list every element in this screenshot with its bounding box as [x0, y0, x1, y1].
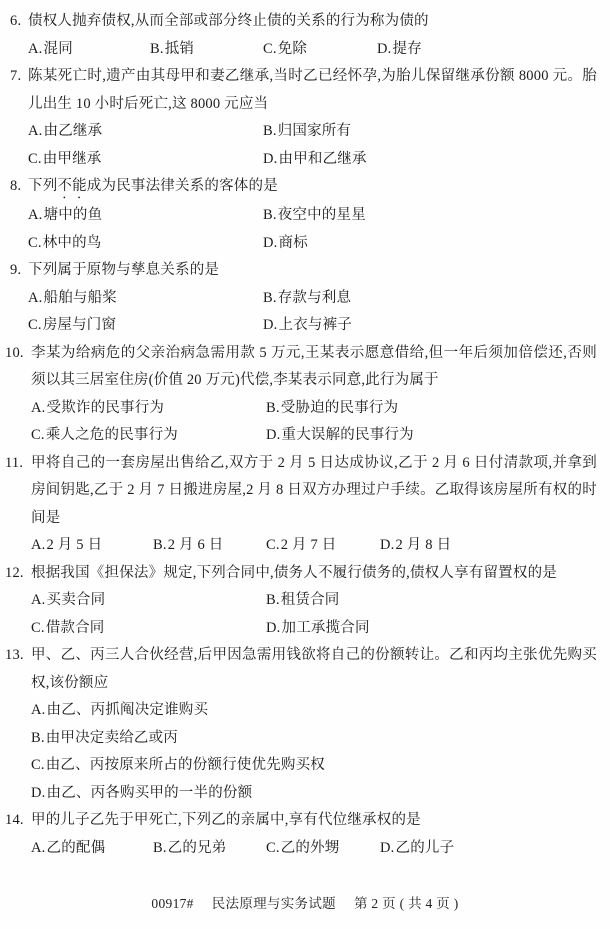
option-list: A.混同B.抵销C.免除D.提存 [28, 36, 597, 64]
question-stem: 李某为给病危的父亲治病急需用款 5 万元,王某表示愿意借给,但一年后须加倍偿还,… [31, 345, 597, 389]
stem-text: 甲、乙、丙三人合伙经营,后甲因急需用钱欲将自己的份额转让。乙和丙均主张优先购买权… [31, 647, 597, 691]
question-stem-line: 11. 甲将自己的一套房屋出售给乙,双方于 2 月 5 日达成协议,乙于 2 月… [31, 450, 597, 533]
question: 13. 甲、乙、丙三人合伙经营,后甲因急需用钱欲将自己的份额转让。乙和丙均主张优… [0, 642, 597, 807]
option-b: B.归国家所有 [263, 118, 597, 146]
option-text: 乘人之危的民事行为 [46, 427, 178, 443]
option-a: A.受欺诈的民事行为 [31, 395, 266, 423]
option-d: D.由乙、丙各购买甲的一半的份额 [31, 780, 597, 808]
question: 11. 甲将自己的一套房屋出售给乙,双方于 2 月 5 日达成协议,乙于 2 月… [0, 450, 597, 560]
option-c: C.乙的外甥 [266, 835, 380, 863]
question-stem: 甲将自己的一套房屋出售给乙,双方于 2 月 5 日达成协议,乙于 2 月 6 日… [31, 455, 597, 526]
option-d: D.商标 [263, 230, 597, 258]
question-stem: 下列不能成为民事法律关系的客体的是 [28, 178, 278, 194]
question-list: 6. 债权人抛弃债权,从而全部或部分终止债的关系的行为称为债的 A.混同B.抵销… [0, 0, 610, 862]
option-label: A. [28, 41, 43, 57]
option-a: A.乙的配偶 [31, 835, 153, 863]
option-b: B.受胁迫的民事行为 [266, 395, 597, 423]
option-label: A. [31, 537, 46, 553]
option-text: 房屋与门窗 [43, 317, 117, 333]
option-b: B.乙的兄弟 [153, 835, 266, 863]
question-stem-line: 9. 下列属于原物与孳息关系的是 [28, 257, 597, 285]
option-label: D. [31, 785, 46, 801]
option-label: D. [263, 151, 278, 167]
option-list: A.2 月 5 日B.2 月 6 日C.2 月 7 日D.2 月 8 日 [31, 532, 597, 560]
stem-text: 债权人抛弃债权,从而全部或部分终止债的关系的行为称为债的 [28, 13, 429, 29]
option-label: B. [153, 840, 167, 856]
option-d: D.加工承揽合同 [266, 615, 597, 643]
option-label: B. [263, 207, 277, 223]
question-number: 10. [5, 340, 24, 368]
option-label: D. [377, 41, 392, 57]
option-text: 由乙、丙按原来所占的份额行使优先购买权 [46, 757, 325, 773]
page-number: 第 2 页 ( 共 4 页 ) [354, 896, 459, 911]
exam-title: 民法原理与实务试题 [212, 896, 336, 911]
stem-text: 陈某死亡时,遗产由其母甲和妻乙继承,当时乙已经怀孕,为胎儿保留继承份额 8000… [28, 68, 597, 112]
option-text: 混同 [44, 41, 73, 57]
question-stem: 债权人抛弃债权,从而全部或部分终止债的关系的行为称为债的 [28, 13, 429, 29]
option-label: D. [380, 840, 395, 856]
page-footer: 00917#民法原理与实务试题第 2 页 ( 共 4 页 ) [0, 892, 610, 912]
question-number: 14. [5, 807, 24, 835]
question-stem-line: 7. 陈某死亡时,遗产由其母甲和妻乙继承,当时乙已经怀孕,为胎儿保留继承份额 8… [28, 63, 597, 118]
option-label: C. [31, 757, 45, 773]
option-text: 受胁迫的民事行为 [281, 400, 399, 416]
option-label: C. [28, 151, 42, 167]
question: 8. 下列不能成为民事法律关系的客体的是 A.塘中的鱼B.夜空中的星星C.林中的… [0, 173, 597, 257]
option-list: A.由乙继承B.归国家所有C.由甲继承D.由甲和乙继承 [28, 118, 597, 173]
option-text: 船舶与船桨 [44, 290, 118, 306]
option-text: 由甲和乙继承 [279, 151, 367, 167]
option-text: 2 月 7 日 [281, 537, 337, 553]
option-list: A.塘中的鱼B.夜空中的星星C.林中的鸟D.商标 [28, 202, 597, 257]
option-c: C.乘人之危的民事行为 [31, 422, 266, 450]
option-label: D. [266, 427, 281, 443]
option-label: C. [31, 620, 45, 636]
question-number: 7. [10, 63, 21, 91]
option-label: A. [31, 840, 46, 856]
option-text: 由乙继承 [44, 123, 103, 139]
stem-text: 李某为给病危的父亲治病急需用款 5 万元,王某表示愿意借给,但一年后须加倍偿还,… [31, 345, 597, 389]
option-text: 2 月 5 日 [47, 537, 103, 553]
option-list: A.受欺诈的民事行为B.受胁迫的民事行为C.乘人之危的民事行为D.重大误解的民事… [31, 395, 597, 450]
option-label: C. [28, 317, 42, 333]
question: 14. 甲的儿子乙先于甲死亡,下列乙的亲属中,享有代位继承权的是 A.乙的配偶B… [0, 807, 597, 862]
option-label: B. [153, 537, 167, 553]
option-d: D.由甲和乙继承 [263, 146, 597, 174]
question: 12. 根据我国《担保法》规定,下列合同中,债务人不履行债务的,债权人享有留置权… [0, 560, 597, 643]
option-c: C.免除 [263, 36, 377, 64]
option-text: 由乙、丙抓阄决定谁购买 [47, 702, 209, 718]
option-text: 租赁合同 [281, 592, 340, 608]
question-number: 11. [5, 450, 23, 478]
option-text: 乙的配偶 [47, 840, 106, 856]
option-c: C.林中的鸟 [28, 230, 263, 258]
option-b: B.抵销 [150, 36, 263, 64]
option-list: A.由乙、丙抓阄决定谁购买B.由甲决定卖给乙或丙C.由乙、丙按原来所占的份额行使… [31, 697, 597, 807]
question-stem: 下列属于原物与孳息关系的是 [28, 262, 219, 278]
option-a: A.混同 [28, 36, 150, 64]
option-label: C. [266, 840, 280, 856]
question: 7. 陈某死亡时,遗产由其母甲和妻乙继承,当时乙已经怀孕,为胎儿保留继承份额 8… [0, 63, 597, 173]
question-stem: 陈某死亡时,遗产由其母甲和妻乙继承,当时乙已经怀孕,为胎儿保留继承份额 8000… [28, 68, 597, 112]
stem-text: 根据我国《担保法》规定,下列合同中,债务人不履行债务的,债权人享有留置权的是 [31, 565, 557, 581]
option-list: A.乙的配偶B.乙的兄弟C.乙的外甥D.乙的儿子 [31, 835, 597, 863]
option-label: D. [263, 235, 278, 251]
option-text: 加工承揽合同 [282, 620, 370, 636]
option-label: B. [266, 400, 280, 416]
stem-text: 甲的儿子乙先于甲死亡,下列乙的亲属中,享有代位继承权的是 [31, 812, 421, 828]
option-d: D.重大误解的民事行为 [266, 422, 597, 450]
option-c: C.房屋与门窗 [28, 312, 263, 340]
option-text: 归国家所有 [278, 123, 352, 139]
option-text: 商标 [279, 235, 308, 251]
question-stem: 根据我国《担保法》规定,下列合同中,债务人不履行债务的,债权人享有留置权的是 [31, 565, 557, 581]
stem-text: 甲将自己的一套房屋出售给乙,双方于 2 月 5 日达成协议,乙于 2 月 6 日… [31, 455, 597, 526]
option-c: C.由乙、丙按原来所占的份额行使优先购买权 [31, 752, 597, 780]
question-stem-line: 12. 根据我国《担保法》规定,下列合同中,债务人不履行债务的,债权人享有留置权… [31, 560, 597, 588]
option-label: A. [28, 290, 43, 306]
question: 9. 下列属于原物与孳息关系的是 A.船舶与船桨B.存款与利息C.房屋与门窗D.… [0, 257, 597, 340]
question: 10. 李某为给病危的父亲治病急需用款 5 万元,王某表示愿意借给,但一年后须加… [0, 340, 597, 450]
question-number: 8. [10, 173, 21, 201]
option-text: 林中的鸟 [43, 235, 102, 251]
question-stem-line: 6. 债权人抛弃债权,从而全部或部分终止债的关系的行为称为债的 [28, 8, 597, 36]
option-text: 由甲继承 [43, 151, 102, 167]
option-text: 上衣与裤子 [279, 317, 353, 333]
option-c: C.2 月 7 日 [266, 532, 380, 560]
option-text: 免除 [278, 41, 307, 57]
option-text: 提存 [393, 41, 422, 57]
option-label: A. [31, 702, 46, 718]
option-text: 存款与利息 [278, 290, 352, 306]
question-stem: 甲的儿子乙先于甲死亡,下列乙的亲属中,享有代位继承权的是 [31, 812, 421, 828]
question-stem-line: 13. 甲、乙、丙三人合伙经营,后甲因急需用钱欲将自己的份额转让。乙和丙均主张优… [31, 642, 597, 697]
option-b: B.2 月 6 日 [153, 532, 266, 560]
question-stem-line: 14. 甲的儿子乙先于甲死亡,下列乙的亲属中,享有代位继承权的是 [31, 807, 597, 835]
option-text: 2 月 8 日 [396, 537, 452, 553]
option-c: C.由甲继承 [28, 146, 263, 174]
stem-text: 下列属于原物与孳息关系的是 [28, 262, 219, 278]
exam-page: 6. 债权人抛弃债权,从而全部或部分终止债的关系的行为称为债的 A.混同B.抵销… [0, 0, 610, 929]
option-label: A. [31, 400, 46, 416]
option-label: C. [266, 537, 280, 553]
option-label: B. [263, 290, 277, 306]
option-text: 抵销 [165, 41, 194, 57]
option-d: D.2 月 8 日 [380, 532, 597, 560]
option-label: A. [31, 592, 46, 608]
option-a: A.2 月 5 日 [31, 532, 153, 560]
option-b: B.存款与利息 [263, 285, 597, 313]
option-text: 借款合同 [46, 620, 105, 636]
question: 6. 债权人抛弃债权,从而全部或部分终止债的关系的行为称为债的 A.混同B.抵销… [0, 8, 597, 63]
option-text: 塘中的鱼 [44, 207, 103, 223]
option-text: 乙的外甥 [281, 840, 340, 856]
question-stem-line: 10. 李某为给病危的父亲治病急需用款 5 万元,王某表示愿意借给,但一年后须加… [31, 340, 597, 395]
stem-text: 下列 [28, 178, 57, 194]
option-label: A. [28, 123, 43, 139]
option-label: D. [380, 537, 395, 553]
option-text: 2 月 6 日 [168, 537, 224, 553]
option-text: 乙的儿子 [396, 840, 455, 856]
option-text: 重大误解的民事行为 [282, 427, 414, 443]
option-list: A.船舶与船桨B.存款与利息C.房屋与门窗D.上衣与裤子 [28, 285, 597, 340]
question-stem: 甲、乙、丙三人合伙经营,后甲因急需用钱欲将自己的份额转让。乙和丙均主张优先购买权… [31, 647, 597, 691]
option-label: B. [266, 592, 280, 608]
option-label: C. [31, 427, 45, 443]
option-label: C. [263, 41, 277, 57]
option-d: D.提存 [377, 36, 597, 64]
option-a: A.塘中的鱼 [28, 202, 263, 230]
option-b: B.租赁合同 [266, 587, 597, 615]
question-number: 12. [5, 560, 24, 588]
option-b: B.夜空中的星星 [263, 202, 597, 230]
option-label: C. [28, 235, 42, 251]
stem-text: 成为民事法律关系的客体的是 [87, 178, 278, 194]
question-number: 6. [10, 8, 21, 36]
option-d: D.上衣与裤子 [263, 312, 597, 340]
exam-code: 00917# [151, 896, 193, 911]
option-b: B.由甲决定卖给乙或丙 [31, 725, 597, 753]
option-label: D. [266, 620, 281, 636]
option-text: 受欺诈的民事行为 [47, 400, 165, 416]
option-a: A.船舶与船桨 [28, 285, 263, 313]
option-a: A.由乙、丙抓阄决定谁购买 [31, 697, 597, 725]
question-number: 9. [10, 257, 21, 285]
question-number: 13. [5, 642, 24, 670]
option-label: B. [150, 41, 164, 57]
question-stem-line: 8. 下列不能成为民事法律关系的客体的是 [28, 173, 597, 202]
option-c: C.借款合同 [31, 615, 266, 643]
option-text: 夜空中的星星 [278, 207, 366, 223]
option-a: A.买卖合同 [31, 587, 266, 615]
option-text: 由甲决定卖给乙或丙 [46, 730, 178, 746]
option-text: 乙的兄弟 [168, 840, 227, 856]
option-label: A. [28, 207, 43, 223]
option-text: 由乙、丙各购买甲的一半的份额 [47, 785, 253, 801]
option-d: D.乙的儿子 [380, 835, 597, 863]
option-label: B. [263, 123, 277, 139]
stem-emphasis-text: 不能 [57, 178, 86, 194]
option-text: 买卖合同 [47, 592, 106, 608]
option-list: A.买卖合同B.租赁合同C.借款合同D.加工承揽合同 [31, 587, 597, 642]
option-label: D. [263, 317, 278, 333]
option-label: B. [31, 730, 45, 746]
option-a: A.由乙继承 [28, 118, 263, 146]
